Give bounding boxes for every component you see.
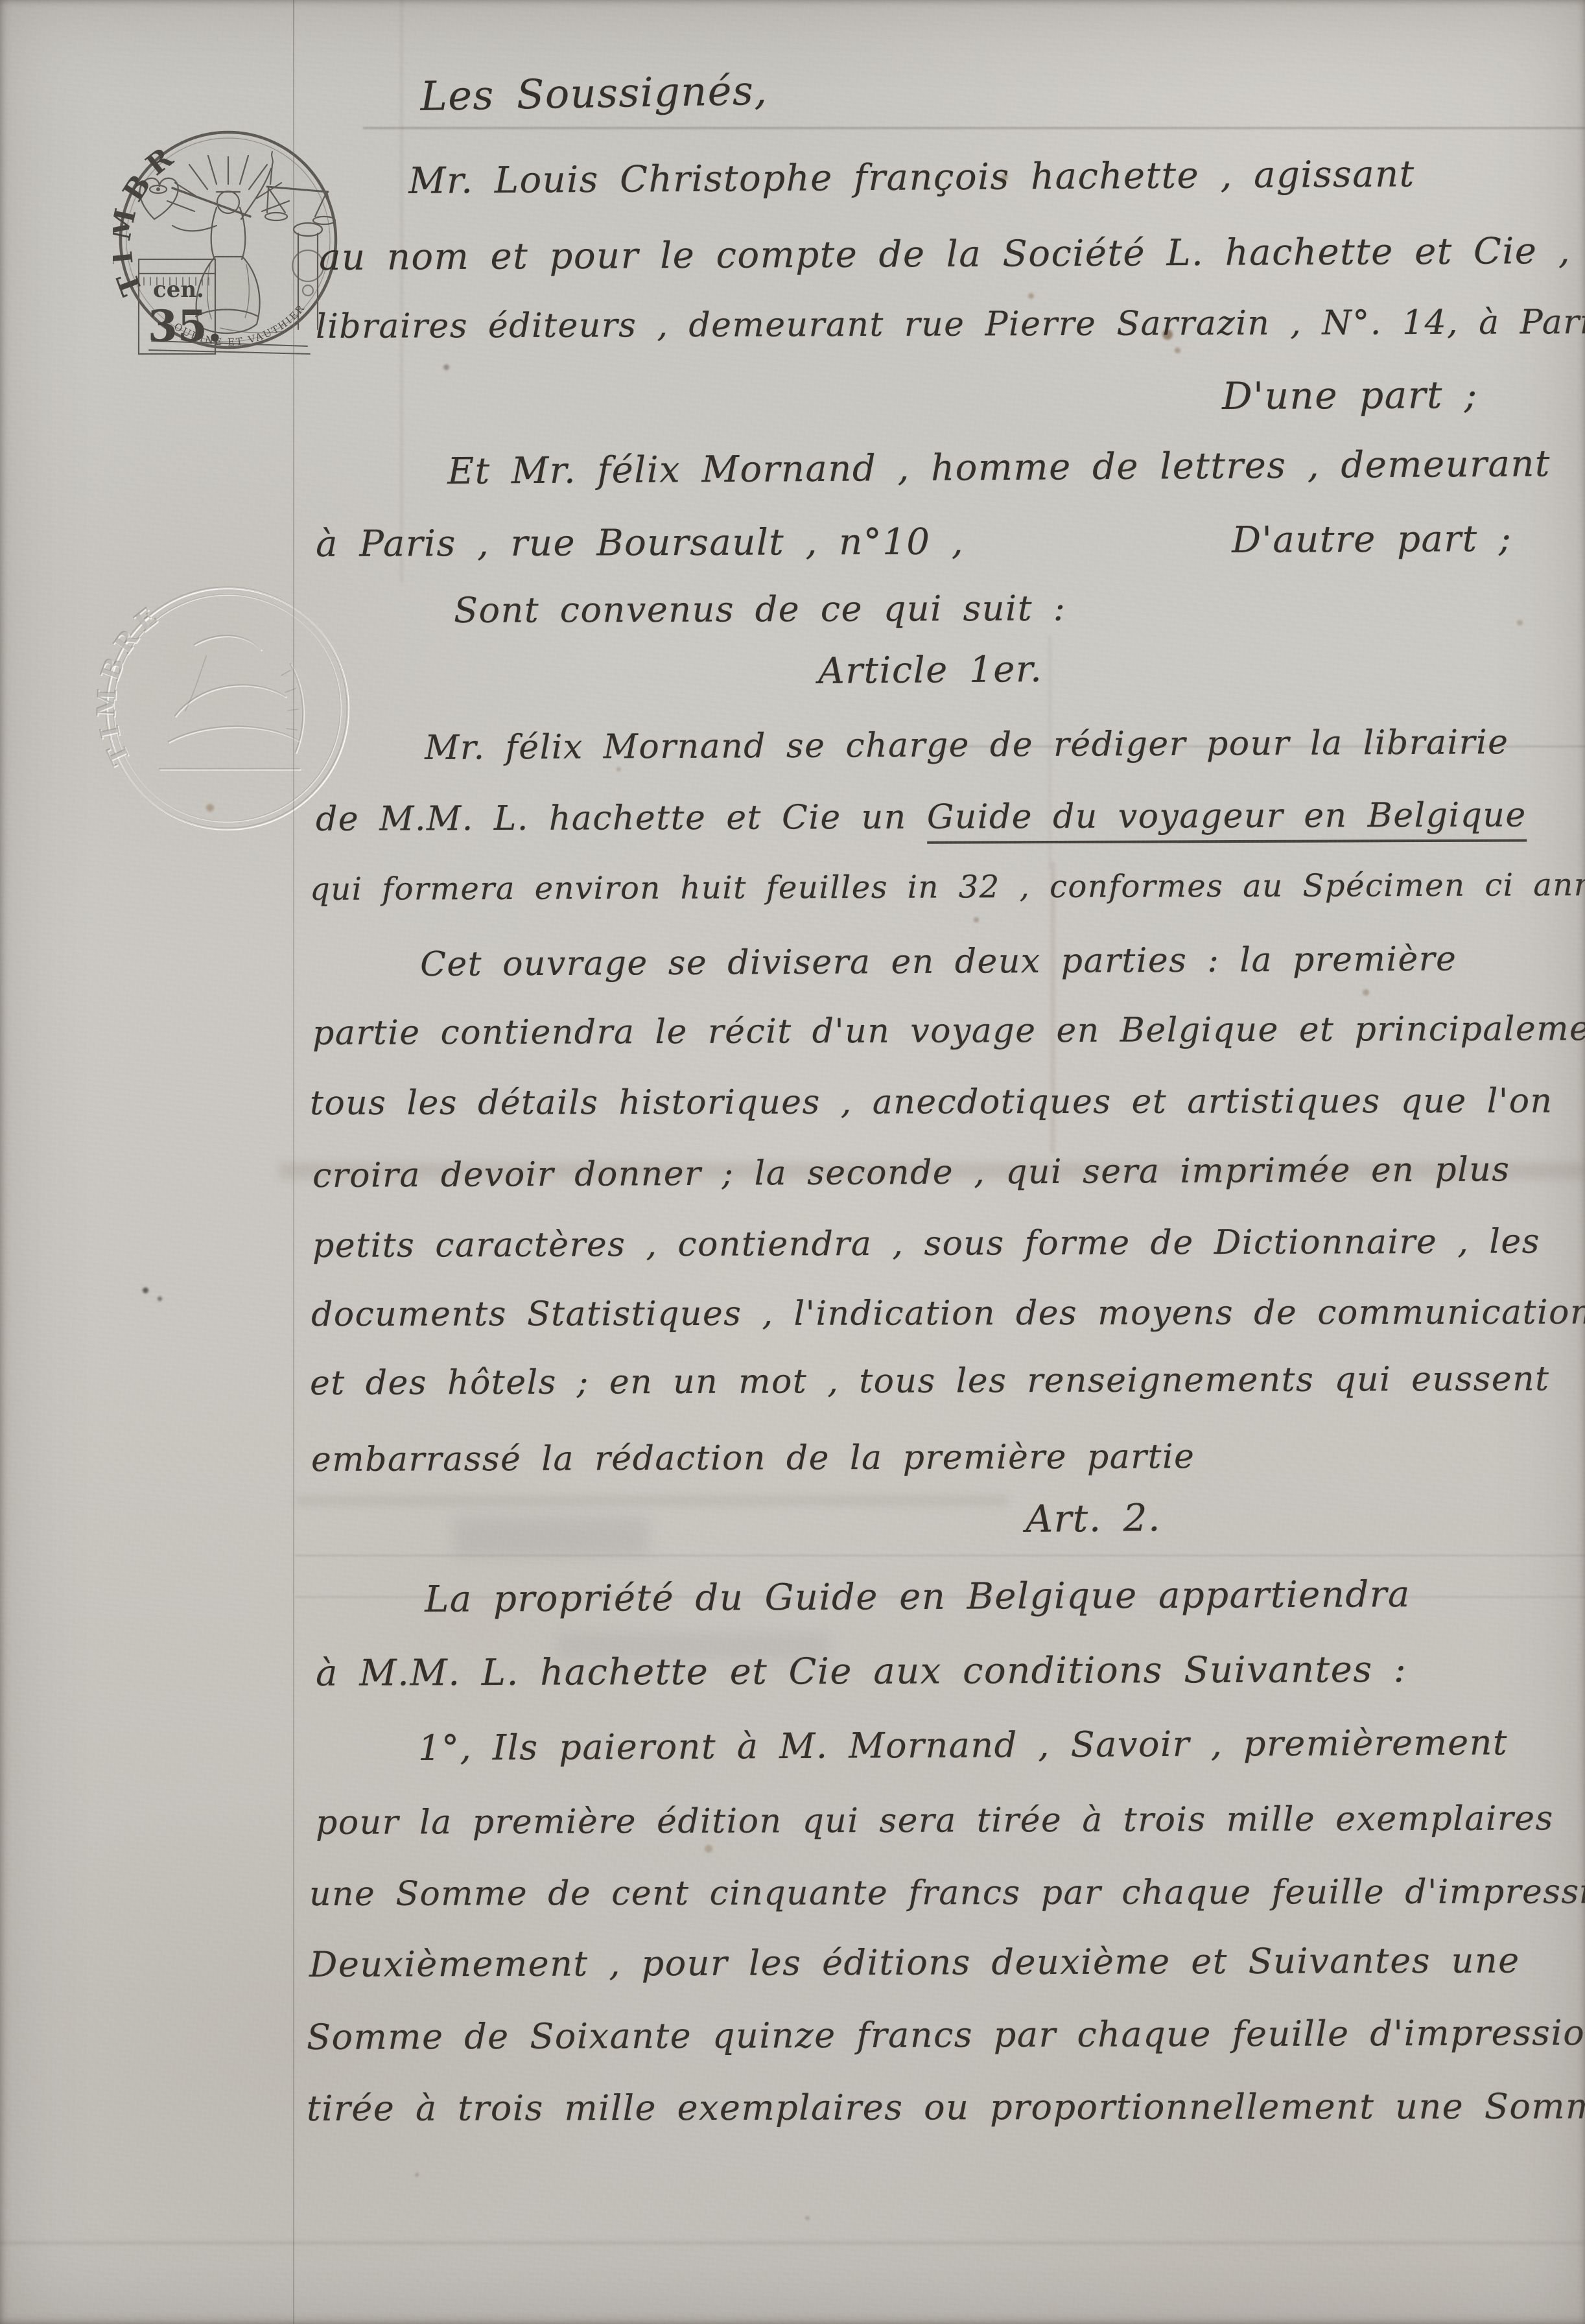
underlined-title: Guide du voyageur en Belgique (927, 795, 1527, 843)
margin-rule-line (293, 0, 294, 2324)
fold-crease (363, 127, 1585, 129)
manuscript-line: tous les détails historiques , anecdotiq… (310, 1085, 1553, 1120)
manuscript-line: Mr. Louis Christophe françois hachette ,… (408, 156, 1415, 200)
manuscript-line: à M.M. L. hachette et Cie aux conditions… (316, 1652, 1407, 1692)
revenue-stamp: TIMBRE cen. 35. OUDINE ET VAUTHIER. (113, 122, 344, 360)
fox-spot (158, 1297, 162, 1301)
fox-spot (805, 2216, 810, 2220)
manuscript-line: Article 1er. (818, 651, 1043, 690)
manuscript-line: 1°, Ils paieront à M. Mornand , Savoir ,… (418, 1725, 1508, 1766)
manuscript-line: petits caractères , contiendra , sous fo… (312, 1225, 1540, 1263)
fold-crease (401, 0, 403, 583)
fox-spot (143, 1287, 148, 1293)
manuscript-line: Et Mr. félix Mornand , homme de lettres … (447, 446, 1551, 490)
manuscript-line: au nom et pour le compte de la Société L… (319, 233, 1571, 276)
manuscript-line: qui formera environ huit feuilles in 32 … (310, 869, 1585, 905)
manuscript-line: Cet ouvrage se divisera en deux parties … (420, 943, 1457, 981)
manuscript-line: croira devoir donner ; la seconde , qui … (312, 1153, 1510, 1193)
manuscript-line: pour la première édition qui sera tirée … (316, 1802, 1554, 1840)
manuscript-line: Sont convenus de ce qui suit : (454, 591, 1066, 628)
manuscript-line: Somme de Soixante quinze francs par chaq… (307, 2015, 1585, 2055)
manuscript-line: D'autre part ; (1232, 521, 1512, 559)
fox-spot (443, 364, 449, 370)
fold-crease (0, 2242, 1585, 2244)
manuscript-line: tirée à trois mille exemplaires ou propo… (307, 2089, 1585, 2126)
fox-spot (415, 2173, 419, 2177)
manuscript-line: documents Statistiques , l'indication de… (311, 1296, 1585, 1332)
manuscript-line: D'une part ; (1222, 376, 1478, 415)
manuscript-line: une Somme de cent cinquante francs par c… (309, 1875, 1585, 1911)
fold-crease (295, 1555, 1585, 1556)
manuscript-line: embarrassé la rédaction de la première p… (311, 1440, 1195, 1477)
manuscript-line: libraires éditeurs , demeurant rue Pierr… (316, 305, 1585, 344)
fox-spot (1028, 293, 1034, 299)
manuscript-line: de M.M. L. hachette et Cie un Guide du v… (316, 798, 1527, 836)
manuscript-line: à Paris , rue Boursault , n°10 , (316, 524, 964, 563)
manuscript-page: TIMBRE cen. 35. OUDINE ET VAUTHIER. (0, 0, 1585, 2324)
fox-spot (616, 767, 621, 771)
manuscript-line: Deuxièmement , pour les éditions deuxièm… (309, 1943, 1520, 1982)
fox-spot (1517, 620, 1523, 626)
fold-crease (295, 1496, 1008, 1505)
fox-spot (1175, 347, 1180, 353)
fox-spot (1363, 989, 1369, 996)
manuscript-line: et des hôtels ; en un mot , tous les ren… (310, 1362, 1550, 1400)
manuscript-line: partie contiendra le récit d'un voyage e… (312, 1012, 1585, 1050)
stamp-cen-label: cen. (153, 277, 204, 303)
manuscript-line: Les Soussignés, (420, 71, 768, 117)
manuscript-line: Mr. félix Mornand se charge de rédiger p… (425, 725, 1509, 765)
fold-crease (454, 1517, 648, 1556)
fox-spot (974, 917, 979, 922)
fox-spot (705, 1845, 712, 1853)
seal-timbre-arc-text: TIMBRE (96, 598, 169, 769)
manuscript-line: La propriété du Guide en Belgique appart… (425, 1577, 1411, 1618)
manuscript-line: Art. 2. (1026, 1499, 1161, 1538)
